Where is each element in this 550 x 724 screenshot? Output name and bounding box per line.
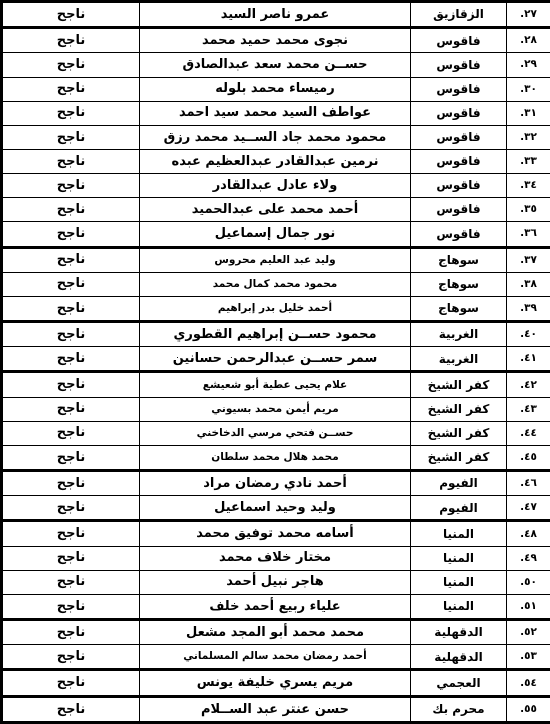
student-name-cell: نرمين عبدالقادر عبدالعظيم عبده [137, 149, 408, 173]
student-name-cell: هاجر نبيل أحمد [137, 570, 408, 594]
result-cell: ناجح [0, 521, 137, 546]
serial-number: .٢٩ [517, 59, 534, 70]
serial-number: .٤٣ [517, 404, 534, 415]
table-row: .٣٣فاقوسنرمين عبدالقادر عبدالعظيم عبدهنا… [0, 149, 549, 173]
result-cell: ناجح [0, 174, 137, 198]
result-cell: ناجح [0, 397, 137, 421]
result-cell: ناجح [0, 372, 137, 397]
serial-cell: .٢٨ [504, 28, 549, 53]
governorate-cell: فاقوس [408, 174, 504, 198]
governorate-cell: سوهاج [408, 296, 504, 321]
table-row: .٤٦الفيومأحمد نادي رمضان مرادناجح [0, 471, 549, 496]
table-row: .٤٩المنيامختار خلاف محمدناجح [0, 546, 549, 570]
student-name-cell: ولاء عادل عبدالقادر [137, 174, 408, 198]
student-name-cell: أسامه محمد توفيق محمد [137, 521, 408, 546]
table-row: .٥٤العجميمريم يسري خليفة يونسناجح [0, 670, 549, 696]
student-name-cell: رميساء محمد بلوله [137, 77, 408, 101]
serial-cell: .٤٤ [504, 421, 549, 445]
governorate-cell: الغربية [408, 322, 504, 347]
governorate-cell: فاقوس [408, 28, 504, 53]
serial-cell: .٤١ [504, 347, 549, 372]
governorate-cell: الفيوم [408, 496, 504, 521]
student-name-cell: مختار خلاف محمد [137, 546, 408, 570]
serial-cell: .٣٩ [504, 296, 549, 321]
governorate-cell: فاقوس [408, 77, 504, 101]
student-name-cell: علام يحيى عطية أبو شعيشع [137, 372, 408, 397]
table-row: .٤١الغربيةسمر حســن عبدالرحمن حسانينناجح [0, 347, 549, 372]
table-row: .٥٥محرم بكحسن عنتر عبد الســلامناجح [0, 696, 549, 722]
table-row: .٥٠المنياهاجر نبيل أحمدناجح [0, 570, 549, 594]
table-row: .٥٣الدقهليةأحمد رمضان محمد سالم المسلمان… [0, 645, 549, 670]
student-name-cell: أحمد رمضان محمد سالم المسلماني [137, 645, 408, 670]
governorate-cell: سوهاج [408, 247, 504, 272]
student-name-cell: نور جمال إسماعيل [137, 222, 408, 247]
serial-number: .٣٦ [517, 228, 534, 239]
serial-cell: .٣٨ [504, 272, 549, 296]
student-name-cell: أحمد نادي رمضان مراد [137, 471, 408, 496]
serial-cell: .٥٣ [504, 645, 549, 670]
governorate-cell: كفر الشيخ [408, 372, 504, 397]
student-name-cell: علياء ربيع أحمد خلف [137, 594, 408, 619]
governorate-cell: الزقازيق [408, 2, 504, 28]
table-row: .٣٢فاقوسمحمود محمد جاد الســيد محمد رزقن… [0, 125, 549, 149]
serial-number: .٤٧ [517, 502, 534, 513]
governorate-group: .٥٢الدقهليةمحمد محمد أبو المجد مشعلناجح.… [0, 620, 549, 670]
serial-number: .٥١ [517, 601, 534, 612]
governorate-cell: سوهاج [408, 272, 504, 296]
serial-number: .٢٨ [517, 35, 534, 46]
governorate-cell: فاقوس [408, 101, 504, 125]
student-name-cell: حســن فتحي مرسي الدخاخني [137, 421, 408, 445]
serial-number: .٥٣ [517, 651, 534, 662]
serial-cell: .٤٢ [504, 372, 549, 397]
student-name-cell: مريم أيمن محمد بسيوني [137, 397, 408, 421]
table-row: .٥١المنياعلياء ربيع أحمد خلفناجح [0, 594, 549, 619]
governorate-cell: العجمي [408, 670, 504, 696]
student-name-cell: مريم يسري خليفة يونس [137, 670, 408, 696]
table-row: .٤٣كفر الشيخمريم أيمن محمد بسيونيناجح [0, 397, 549, 421]
governorate-group: .٤٨المنياأسامه محمد توفيق محمدناجح.٤٩الم… [0, 521, 549, 620]
governorate-cell: المنيا [408, 521, 504, 546]
table-row: .٤٠الغربيةمحمود حســن إبراهيم القطوريناج… [0, 322, 549, 347]
result-cell: ناجح [0, 620, 137, 645]
student-name-cell: وليد عبد العليم محروس [137, 247, 408, 272]
governorate-group: .٢٧الزقازيقعمرو ناصر السيدناجح [0, 2, 549, 28]
result-cell: ناجح [0, 670, 137, 696]
serial-number: .٥٢ [517, 627, 534, 638]
student-name-cell: حسن عنتر عبد الســلام [137, 696, 408, 722]
table-row: .٣١فاقوسعواطف السيد محمد سيد احمدناجح [0, 101, 549, 125]
serial-cell: .٤٥ [504, 445, 549, 470]
governorate-cell: فاقوس [408, 222, 504, 247]
governorate-cell: الدقهلية [408, 620, 504, 645]
table-row: .٣٤فاقوسولاء عادل عبدالقادرناجح [0, 174, 549, 198]
serial-cell: .٣٣ [504, 149, 549, 173]
serial-cell: .٤٨ [504, 521, 549, 546]
serial-number: .٤٩ [517, 553, 534, 564]
governorate-group: .٢٨فاقوسنجوى محمد حميد محمدناجح.٢٩فاقوسح… [0, 28, 549, 247]
serial-number: .٣٠ [517, 84, 534, 95]
serial-number: .٥٥ [517, 704, 534, 715]
result-cell: ناجح [0, 272, 137, 296]
serial-number: .٤٤ [517, 428, 534, 439]
table-row: .٣٩سوهاجأحمد خليل بدر إبراهيمناجح [0, 296, 549, 321]
result-cell: ناجح [0, 28, 137, 53]
table-row: .٥٢الدقهليةمحمد محمد أبو المجد مشعلناجح [0, 620, 549, 645]
serial-cell: .٥٢ [504, 620, 549, 645]
serial-cell: .٢٩ [504, 53, 549, 77]
serial-cell: .٣٥ [504, 198, 549, 222]
governorate-group: .٥٥محرم بكحسن عنتر عبد الســلامناجح [0, 696, 549, 722]
result-cell: ناجح [0, 570, 137, 594]
result-cell: ناجح [0, 149, 137, 173]
student-name-cell: محمود حســن إبراهيم القطوري [137, 322, 408, 347]
serial-cell: .٤٧ [504, 496, 549, 521]
result-cell: ناجح [0, 296, 137, 321]
serial-cell: .٣٠ [504, 77, 549, 101]
governorate-cell: فاقوس [408, 53, 504, 77]
result-cell: ناجح [0, 696, 137, 722]
result-cell: ناجح [0, 77, 137, 101]
governorate-cell: محرم بك [408, 696, 504, 722]
table-row: .٤٥كفر الشيخمحمد هلال محمد سلطانناجح [0, 445, 549, 470]
serial-number: .٣٤ [517, 180, 534, 191]
result-cell: ناجح [0, 471, 137, 496]
student-name-cell: أحمد خليل بدر إبراهيم [137, 296, 408, 321]
student-name-cell: حســن محمد سعد عبدالصادق [137, 53, 408, 77]
student-name-cell: محمود محمد كمال محمد [137, 272, 408, 296]
governorate-cell: كفر الشيخ [408, 445, 504, 470]
governorate-group: .٤٠الغربيةمحمود حســن إبراهيم القطوريناج… [0, 322, 549, 372]
student-name-cell: أحمد محمد على عبدالحميد [137, 198, 408, 222]
serial-cell: .٤٣ [504, 397, 549, 421]
serial-number: .٤٠ [517, 329, 534, 340]
serial-number: .٣٢ [517, 132, 534, 143]
governorate-cell: المنيا [408, 570, 504, 594]
governorate-group: .٥٤العجميمريم يسري خليفة يونسناجح [0, 670, 549, 696]
results-page: .٢٧الزقازيقعمرو ناصر السيدناجح.٢٨فاقوسنج… [0, 0, 550, 724]
results-table: .٢٧الزقازيقعمرو ناصر السيدناجح.٢٨فاقوسنج… [0, 0, 550, 724]
serial-cell: .٥٤ [504, 670, 549, 696]
governorate-cell: فاقوس [408, 198, 504, 222]
result-cell: ناجح [0, 546, 137, 570]
table-row: .٢٧الزقازيقعمرو ناصر السيدناجح [0, 2, 549, 28]
serial-number: .٣٩ [517, 303, 534, 314]
result-cell: ناجح [0, 247, 137, 272]
table-row: .٣٥فاقوسأحمد محمد على عبدالحميدناجح [0, 198, 549, 222]
serial-cell: .٣٧ [504, 247, 549, 272]
serial-cell: .٢٧ [504, 2, 549, 28]
serial-number: .٤٥ [517, 452, 534, 463]
table-row: .٤٨المنياأسامه محمد توفيق محمدناجح [0, 521, 549, 546]
result-cell: ناجح [0, 645, 137, 670]
result-cell: ناجح [0, 222, 137, 247]
result-cell: ناجح [0, 125, 137, 149]
serial-number: .٣٧ [517, 255, 534, 266]
governorate-cell: فاقوس [408, 149, 504, 173]
result-cell: ناجح [0, 2, 137, 28]
table-row: .٣٦فاقوسنور جمال إسماعيلناجح [0, 222, 549, 247]
student-name-cell: محمد هلال محمد سلطان [137, 445, 408, 470]
student-name-cell: محمود محمد جاد الســيد محمد رزق [137, 125, 408, 149]
serial-number: .٣٣ [517, 156, 534, 167]
student-name-cell: محمد محمد أبو المجد مشعل [137, 620, 408, 645]
serial-cell: .٥٠ [504, 570, 549, 594]
student-name-cell: نجوى محمد حميد محمد [137, 28, 408, 53]
student-name-cell: عمرو ناصر السيد [137, 2, 408, 28]
serial-cell: .٥٥ [504, 696, 549, 722]
governorate-cell: المنيا [408, 594, 504, 619]
serial-number: .٤١ [517, 353, 534, 364]
governorate-cell: الفيوم [408, 471, 504, 496]
result-cell: ناجح [0, 322, 137, 347]
result-cell: ناجح [0, 53, 137, 77]
result-cell: ناجح [0, 101, 137, 125]
serial-cell: .٤٦ [504, 471, 549, 496]
governorate-cell: كفر الشيخ [408, 421, 504, 445]
result-cell: ناجح [0, 445, 137, 470]
serial-number: .٣٨ [517, 279, 534, 290]
result-cell: ناجح [0, 198, 137, 222]
governorate-group: .٤٦الفيومأحمد نادي رمضان مرادناجح.٤٧الفي… [0, 471, 549, 521]
table-row: .٢٩فاقوسحســن محمد سعد عبدالصادقناجح [0, 53, 549, 77]
table-row: .٢٨فاقوسنجوى محمد حميد محمدناجح [0, 28, 549, 53]
serial-number: .٤٢ [517, 380, 534, 391]
serial-number: .٥٤ [517, 678, 534, 689]
serial-number: .٣١ [517, 108, 534, 119]
serial-number: .٢٧ [517, 9, 534, 20]
governorate-cell: المنيا [408, 546, 504, 570]
governorate-group: .٣٧سوهاجوليد عبد العليم محروسناجح.٣٨سوها… [0, 247, 549, 322]
serial-number: .٤٦ [517, 478, 534, 489]
serial-cell: .٣١ [504, 101, 549, 125]
student-name-cell: وليد وحيد اسماعيل [137, 496, 408, 521]
serial-cell: .٥١ [504, 594, 549, 619]
result-cell: ناجح [0, 421, 137, 445]
governorate-cell: الدقهلية [408, 645, 504, 670]
result-cell: ناجح [0, 347, 137, 372]
table-row: .٤٤كفر الشيخحســن فتحي مرسي الدخاخنيناجح [0, 421, 549, 445]
table-row: .٣٧سوهاجوليد عبد العليم محروسناجح [0, 247, 549, 272]
serial-number: .٣٥ [517, 204, 534, 215]
serial-cell: .٣٤ [504, 174, 549, 198]
result-cell: ناجح [0, 496, 137, 521]
serial-cell: .٣٦ [504, 222, 549, 247]
serial-cell: .٣٢ [504, 125, 549, 149]
student-name-cell: سمر حســن عبدالرحمن حسانين [137, 347, 408, 372]
table-row: .٣٠فاقوسرميساء محمد بلولهناجح [0, 77, 549, 101]
table-row: .٤٢كفر الشيخعلام يحيى عطية أبو شعيشعناجح [0, 372, 549, 397]
serial-cell: .٤٠ [504, 322, 549, 347]
serial-number: .٥٠ [517, 577, 534, 588]
table-row: .٣٨سوهاجمحمود محمد كمال محمدناجح [0, 272, 549, 296]
table-row: .٤٧الفيوموليد وحيد اسماعيلناجح [0, 496, 549, 521]
student-name-cell: عواطف السيد محمد سيد احمد [137, 101, 408, 125]
serial-cell: .٤٩ [504, 546, 549, 570]
result-cell: ناجح [0, 594, 137, 619]
governorate-cell: الغربية [408, 347, 504, 372]
governorate-group: .٤٢كفر الشيخعلام يحيى عطية أبو شعيشعناجح… [0, 372, 549, 471]
governorate-cell: كفر الشيخ [408, 397, 504, 421]
serial-number: .٤٨ [517, 529, 534, 540]
governorate-cell: فاقوس [408, 125, 504, 149]
